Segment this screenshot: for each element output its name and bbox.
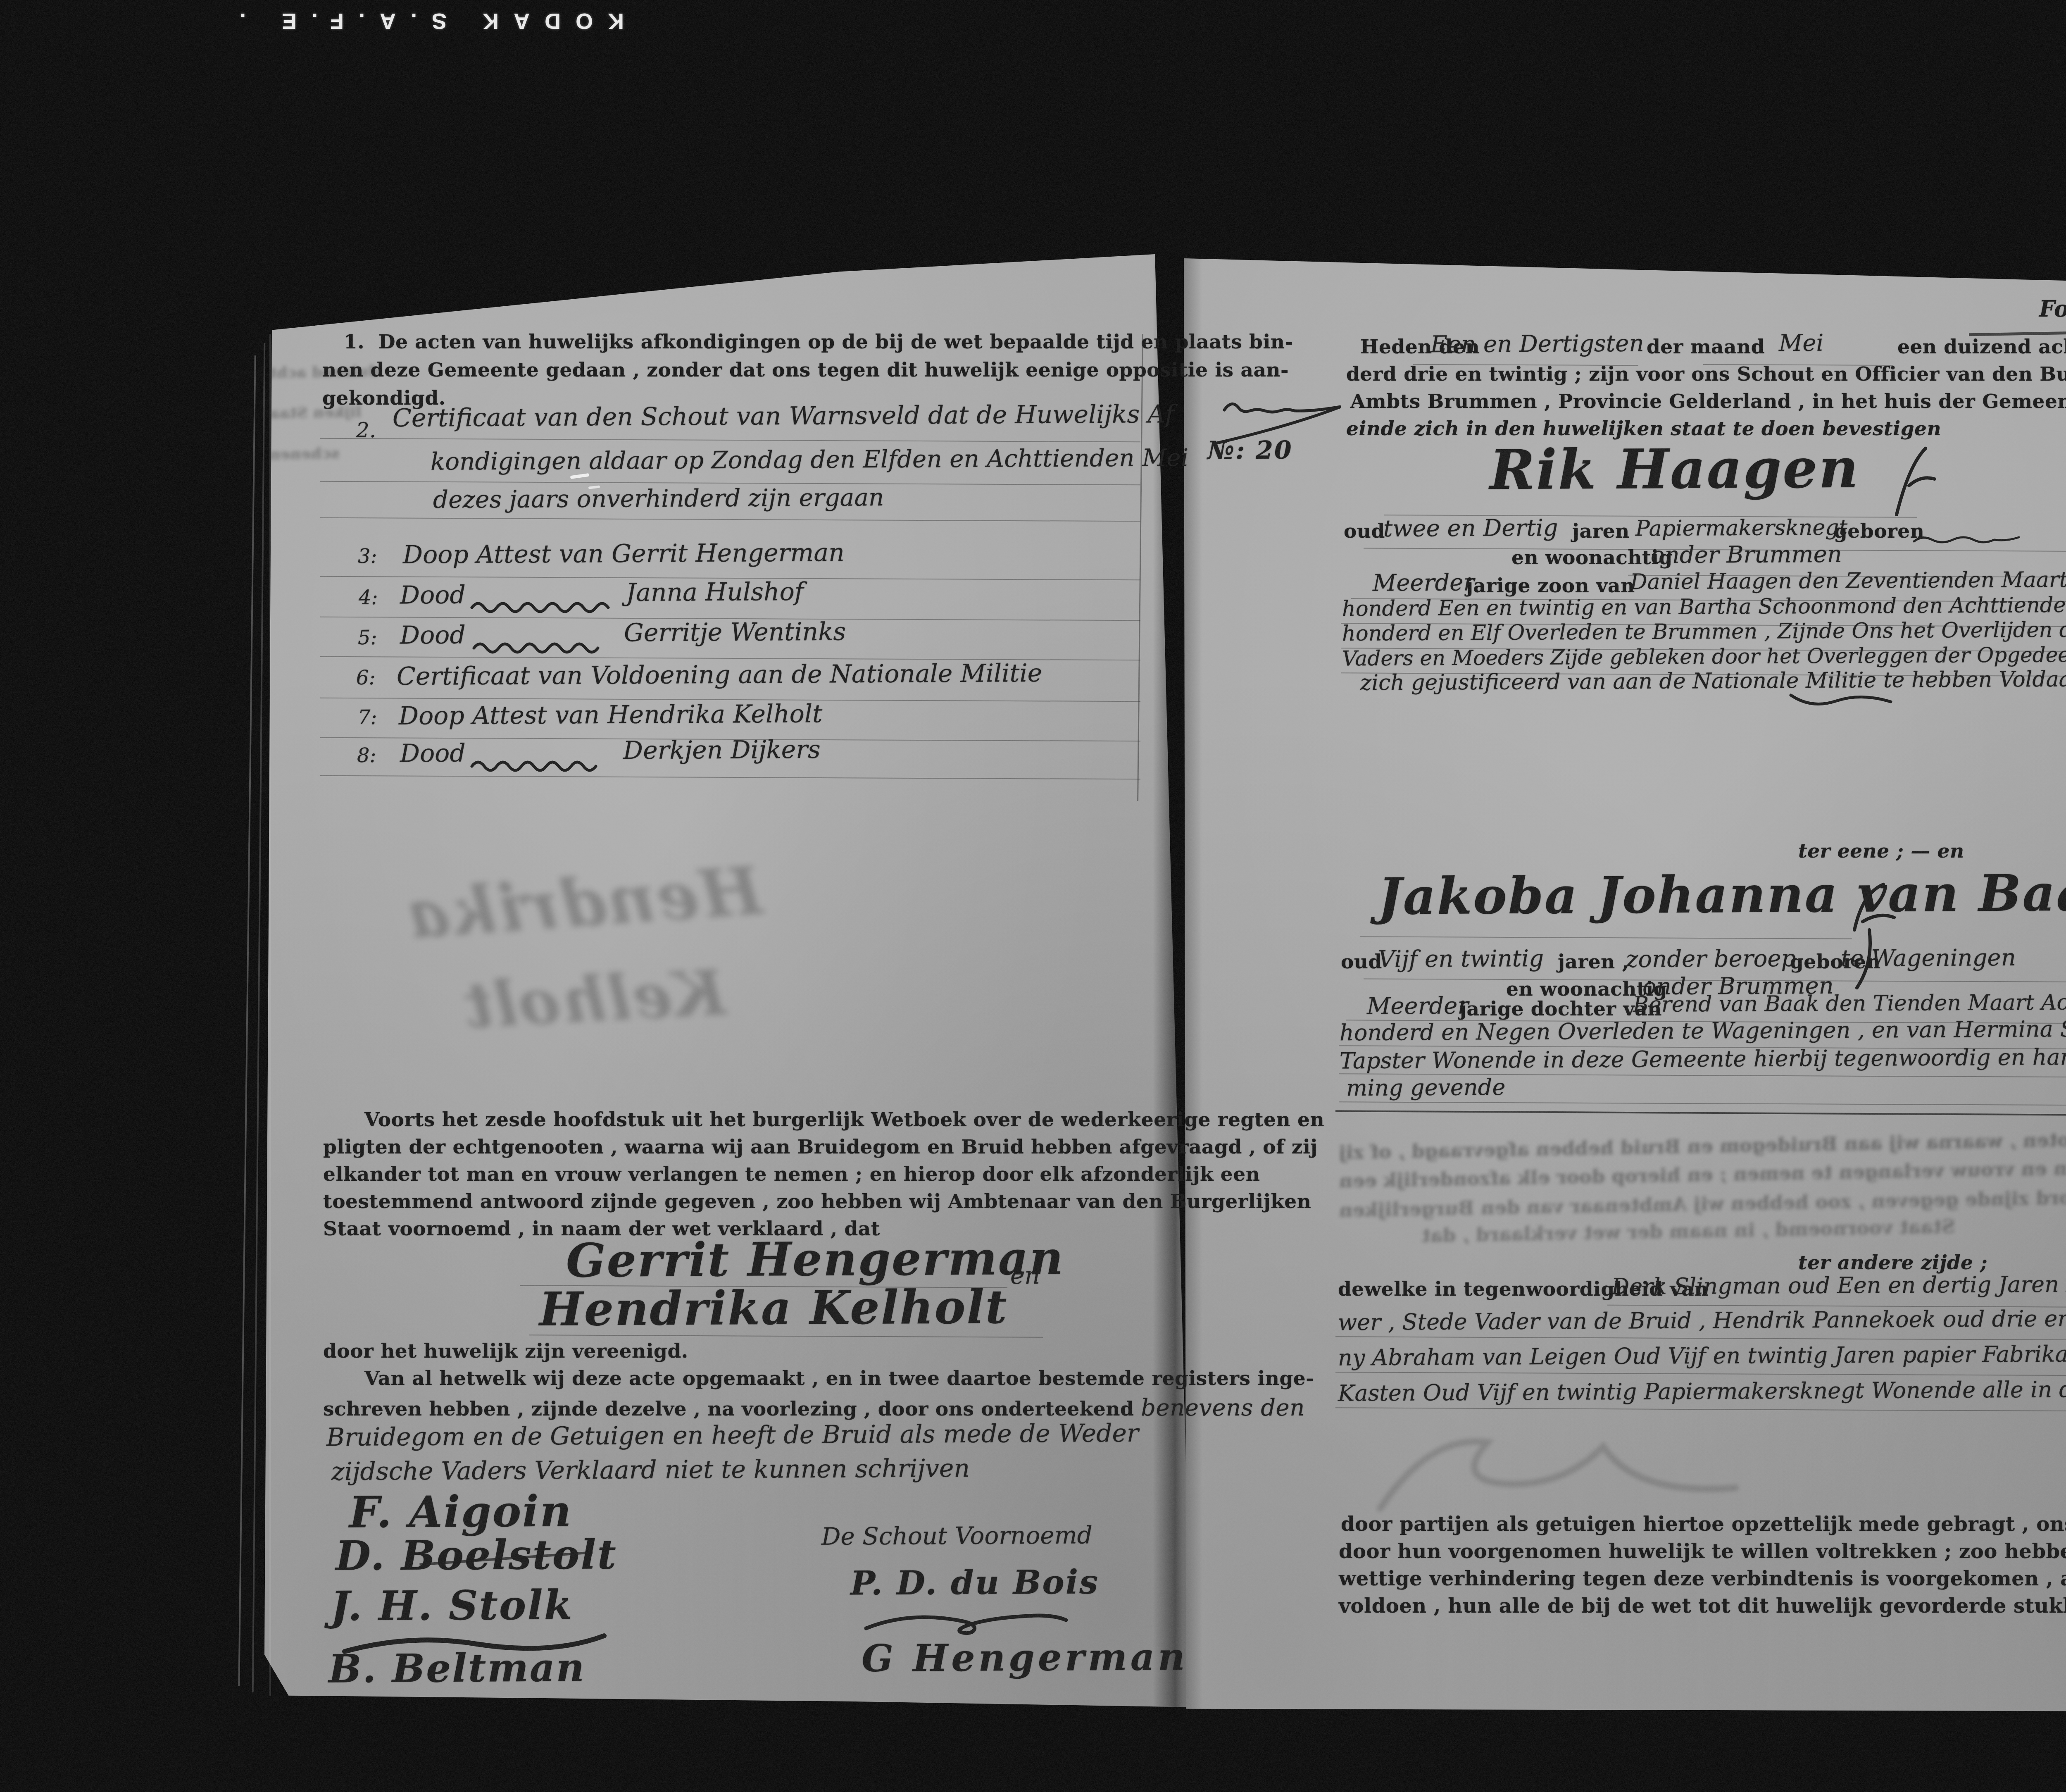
film-grain-overlay bbox=[0, 0, 2066, 1792]
microfilm-scan: KODAK S.A.F.E . duizend acht hon- lijken… bbox=[0, 0, 2066, 1792]
